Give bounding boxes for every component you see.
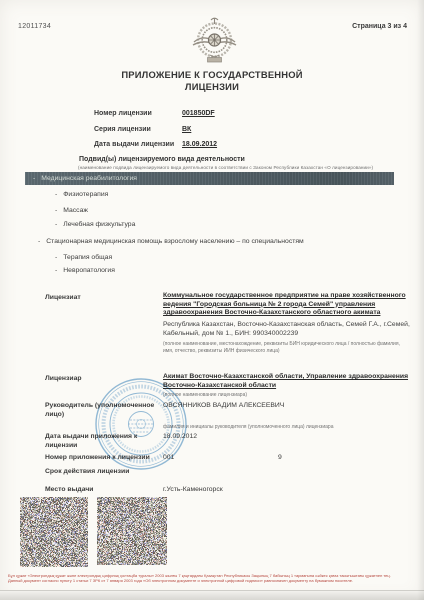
licensee-name: Коммунальное государственное предприятие… xyxy=(163,292,411,318)
document-title: ПРИЛОЖЕНИЕ К ГОСУДАРСТВЕННОЙ ЛИЦЕНЗИИ xyxy=(0,69,424,92)
licensee-block: Коммунальное государственное предприятие… xyxy=(163,292,411,354)
document-title-line2: ЛИЦЕНЗИИ xyxy=(0,81,424,93)
document-title-line1: ПРИЛОЖЕНИЕ К ГОСУДАРСТВЕННОЙ xyxy=(0,69,424,81)
head-note: фамилия и инициалы руководителя (уполном… xyxy=(163,424,407,430)
licensor-name: Акимат Восточно-Казахстанской области, У… xyxy=(163,373,411,390)
license-series-label: Серия лицензии xyxy=(94,126,151,133)
subtype-item: Физиотерапия xyxy=(55,191,108,198)
license-number-label: Номер лицензии xyxy=(94,110,152,117)
document-number: 12011734 xyxy=(18,23,51,30)
license-series-value: ВК xyxy=(182,126,191,133)
licensee-address: Республика Казахстан, Восточно-Казахстан… xyxy=(163,321,411,338)
licensee-note: (полное наименование, местонахождение, р… xyxy=(163,341,411,354)
licensor-block: Акимат Восточно-Казахстанской области, У… xyxy=(163,373,411,398)
licensor-label: Лицензиар xyxy=(45,375,157,384)
appendix-page-count: 9 xyxy=(278,454,282,461)
validity-label: Срок действия лицензии xyxy=(45,468,185,477)
head-label: Руководитель (уполномоченное лицо) xyxy=(45,402,157,419)
appendix-number-value: 001 xyxy=(163,454,174,461)
subtypes-heading: Подвид(ы) лицензируемого вида деятельнос… xyxy=(79,156,245,163)
appendix-issue-date-value: 18.09.2012 xyxy=(163,433,197,440)
license-number-value: 001850DF xyxy=(182,110,215,117)
license-issue-date-label: Дата выдачи лицензии xyxy=(94,141,174,148)
page-bottom-edge xyxy=(0,590,424,600)
page-indicator: Страница 3 из 4 xyxy=(352,23,407,30)
licensor-note: (полное наименование лицензиара) xyxy=(163,392,411,398)
head-name: ОВСЯННИКОВ ВАДИМ АЛЕКСЕЕВИЧ xyxy=(163,402,284,409)
subtype-item: Массаж xyxy=(55,207,88,214)
barcode-block-left xyxy=(20,497,88,567)
subtype-item: Невропатология xyxy=(55,267,115,274)
subtype-item: Стационарная медицинская помощь взрослом… xyxy=(38,238,304,245)
legal-footer-line-ru: Данный документ согласно пункту 1 статьи… xyxy=(8,578,402,583)
appendix-issue-date-label: Дата выдачи приложения к лицензии xyxy=(45,433,157,450)
legal-footer: Бұл құжат «Электрондық құжат және электр… xyxy=(8,573,402,584)
subtype-item: Терапия общая xyxy=(55,254,112,261)
barcode-block-right xyxy=(97,497,167,565)
subtype-item-highlighted: Медицинская реабилитология xyxy=(25,172,394,185)
license-appendix-document: 12011734 Страница 3 из 4 ПРИЛОЖЕНИЕ К ГО… xyxy=(0,0,424,600)
issue-place-label: Место выдачи xyxy=(45,486,157,495)
kazakhstan-state-emblem-icon xyxy=(191,15,238,65)
subtype-item: Лечебная физкультура xyxy=(55,221,135,228)
issue-place-value: г.Усть-Каменогорск xyxy=(163,486,223,493)
license-issue-date-value: 18.09.2012 xyxy=(182,141,217,148)
licensee-label: Лицензиат xyxy=(45,294,157,303)
subtypes-heading-note: (наименование подвида лицензируемого вид… xyxy=(78,165,408,170)
